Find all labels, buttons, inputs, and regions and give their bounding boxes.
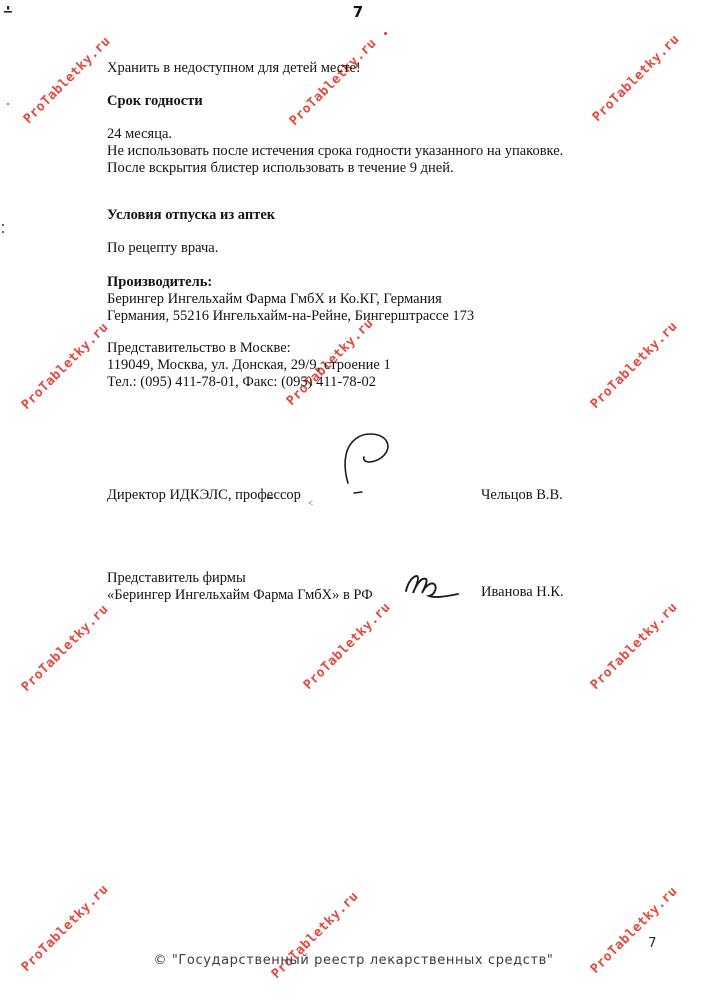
watermark-protabletky: ProTabletky.ru [577, 589, 690, 702]
scan-artifact [7, 103, 9, 105]
scan-artifact [384, 32, 387, 35]
document-page: ProTabletky.ru ProTabletky.ru ProTabletk… [0, 0, 707, 1000]
shelf-life-note: После вскрытия блистер использовать в те… [107, 161, 454, 176]
manufacturer-company: Берингер Ингельхайм Фарма ГмбХ и Ко.КГ, … [107, 292, 442, 307]
representative-role: «Берингер Ингельхайм Фарма ГмбХ» в РФ [107, 588, 373, 603]
manufacturer-heading: Производитель: [107, 275, 212, 290]
page-number-top: 7 [346, 3, 370, 21]
shelf-life-note: Не использовать после истечения срока го… [107, 144, 563, 159]
representative-address: 119049, Москва, ул. Донская, 29/9, строе… [107, 358, 391, 373]
scan-artifact [2, 231, 4, 233]
director-name: Чельцов В.В. [481, 488, 563, 503]
watermark-protabletky: ProTabletky.ru [8, 591, 121, 704]
representative-name: Иванова Н.К. [481, 585, 564, 600]
page-number-bottom: 7 [648, 935, 657, 951]
shelf-life-duration: 24 месяца. [107, 127, 172, 142]
watermark-protabletky: ProTabletky.ru [276, 25, 389, 138]
scan-artifact: < [308, 498, 313, 508]
watermark-protabletky: ProTabletky.ru [290, 589, 403, 702]
watermark-protabletky: ProTabletky.ru [577, 308, 690, 421]
manufacturer-address: Германия, 55216 Ингельхайм-на-Рейне, Бин… [107, 309, 474, 324]
scan-artifact [2, 224, 4, 226]
copyright-line: © "Государственный реестр лекарственных … [0, 953, 707, 968]
storage-note: Хранить в недоступном для детей месте! [107, 61, 361, 76]
representative-heading: Представительство в Москве: [107, 341, 291, 356]
watermark-protabletky: ProTabletky.ru [579, 21, 692, 134]
dispensing-heading: Условия отпуска из аптек [107, 208, 275, 223]
representative-role: Представитель фирмы [107, 571, 246, 586]
signature-director-scribble [330, 427, 400, 502]
watermark-protabletky: ProTabletky.ru [258, 878, 371, 991]
scan-artifact [3, 5, 15, 17]
signature-representative-scribble [398, 570, 470, 604]
director-role: Директор ИДКЭЛС, профессор [107, 488, 301, 503]
watermark-protabletky: ProTabletky.ru [8, 309, 121, 422]
watermark-protabletky: ProTabletky.ru [577, 873, 690, 986]
scan-artifact [267, 497, 273, 499]
dispensing-condition: По рецепту врача. [107, 241, 218, 256]
watermark-protabletky: ProTabletky.ru [10, 23, 123, 136]
representative-phone-fax: Тел.: (095) 411-78-01, Факс: (095) 411-7… [107, 375, 376, 390]
shelf-life-heading: Срок годности [107, 94, 203, 109]
